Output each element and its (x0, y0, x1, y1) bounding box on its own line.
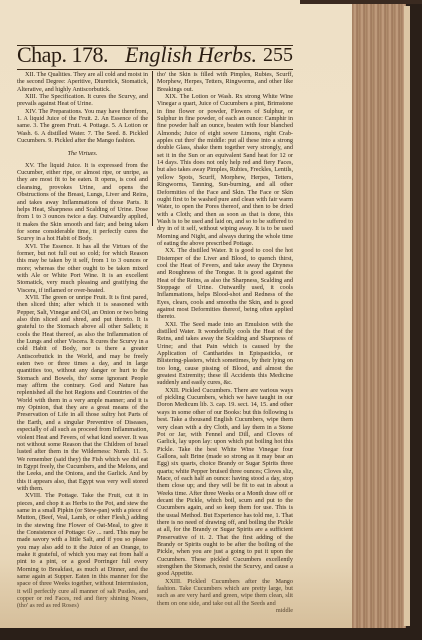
header-rule-top (17, 45, 293, 46)
paragraph-xii: XII. The Qualities. They are all cold an… (17, 71, 148, 93)
paragraph-xxii: XXII. Pickled Cucumbers. There are vario… (157, 387, 293, 578)
paragraph-xvii: XVII. The green or unripe Fruit. It is f… (17, 294, 148, 492)
column-divider (152, 71, 153, 226)
book-page: Chap. 178. English Herbs. 255 XII. The Q… (0, 0, 356, 628)
paragraph-xix: XIX. The Lotion or Wash. Rx strong White… (157, 93, 293, 247)
paragraph-xv: XV. The liquid Juice. It is expressed fr… (17, 162, 148, 243)
paragraph-xviii: XVIII. The Pottage. Take the Fruit, cut … (17, 492, 148, 610)
header-rule-bottom (17, 69, 293, 70)
right-column: tho' the Skin is filled with Pimples, Ru… (157, 71, 293, 614)
page-edge-highlight (404, 6, 410, 626)
paragraph-xiii: XIII. The Specification. It cures the Sc… (17, 93, 148, 108)
paragraph-xxi: XXI. The Seed made into an Emulsion with… (157, 321, 293, 387)
paragraph-xxiii: XXIII. Pickled Cucumbers after the Mango… (157, 578, 293, 607)
left-column: XII. The Qualities. They are all cold an… (17, 71, 148, 610)
page-edges (352, 4, 406, 628)
paragraph-xvi: XVI. The Essence. It has all the Virtues… (17, 243, 148, 294)
page-number: 255 (263, 44, 293, 67)
paragraph-xiv: XIV. The Preparations. You may have ther… (17, 108, 148, 145)
paragraph-continuation: tho' the Skin is filled with Pimples, Ru… (157, 71, 293, 93)
section-heading-virtues: The Virtues. (17, 150, 148, 157)
paragraph-xx: XX. The distilled Water. It is good to c… (157, 247, 293, 320)
catchword: middle (157, 607, 293, 614)
